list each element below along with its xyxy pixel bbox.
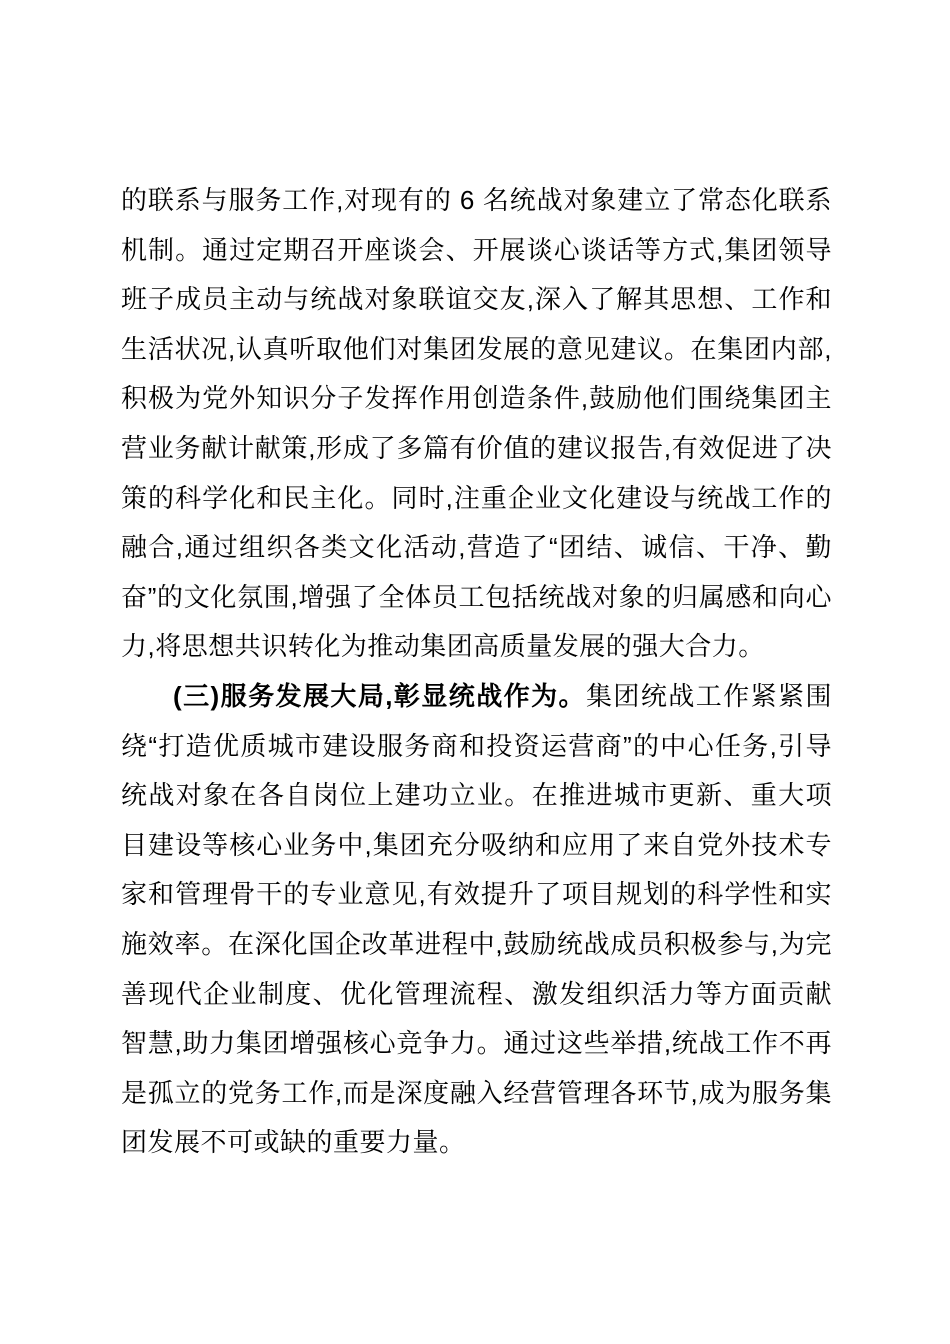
paragraph-text: 集团统战工作紧紧围绕“打造优质城市建设服务商和投资运营商”的中心任务,引导统战对… [121, 681, 832, 1157]
document-page: 的联系与服务工作,对现有的 6 名统战对象建立了常态化联系机制。通过定期召开座谈… [0, 0, 950, 1344]
paragraph: 的联系与服务工作,对现有的 6 名统战对象建立了常态化联系机制。通过定期召开座谈… [121, 176, 832, 672]
paragraph: (三)服务发展大局,彰显统战作为。集团统战工作紧紧围绕“打造优质城市建设服务商和… [121, 672, 832, 1168]
section-heading: (三)服务发展大局,彰显统战作为。 [173, 681, 586, 711]
paragraph-text: 的联系与服务工作,对现有的 6 名统战对象建立了常态化联系机制。通过定期召开座谈… [121, 185, 832, 661]
